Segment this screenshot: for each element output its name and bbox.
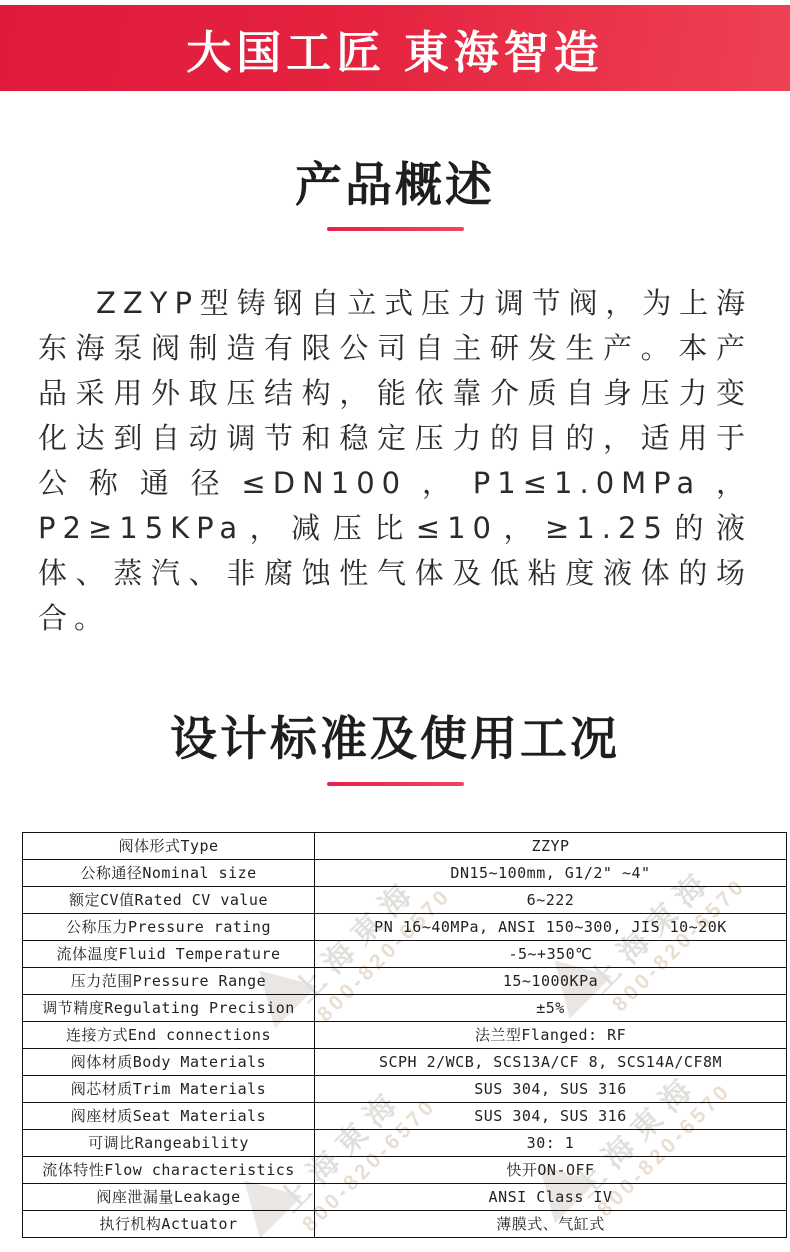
spec-label: 流体特性Flow characteristics [23,1156,315,1183]
section-title-overview: 产品概述 [0,157,790,213]
table-row: 额定CV值Rated CV value6~222 [23,886,787,913]
title-underline-specs [327,782,464,786]
spec-label: 流体温度Fluid Temperature [23,940,315,967]
spec-label: 连接方式End connections [23,1021,315,1048]
table-row: 阀芯材质Trim MaterialsSUS 304, SUS 316 [23,1075,787,1102]
title-underline-overview [327,227,464,231]
spec-label: 阀芯材质Trim Materials [23,1075,315,1102]
overview-section: 产品概述 ZZYP型铸钢自立式压力调节阀，为上海东海泵阀制造有限公司自主研发生产… [0,157,790,641]
product-page: 大国工匠 東海智造 产品概述 ZZYP型铸钢自立式压力调节阀，为上海东海泵阀制造… [0,0,790,1252]
spec-label: 可调比Rangeability [23,1129,315,1156]
table-row: 压力范围Pressure Range15~1000KPa [23,967,787,994]
table-row: 阀座泄漏量LeakageANSI Class IV [23,1183,787,1210]
table-row: 公称通径Nominal sizeDN15~100mm, G1/2" ~4" [23,859,787,886]
table-row: 执行机构Actuator薄膜式、气缸式 [23,1210,787,1237]
spec-value: SCPH 2/WCB, SCS13A/CF 8, SCS14A/CF8M [315,1048,787,1075]
spec-label: 阀座泄漏量Leakage [23,1183,315,1210]
spec-value: ANSI Class IV [315,1183,787,1210]
spec-label: 压力范围Pressure Range [23,967,315,994]
table-row: 阀体形式TypeZZYP [23,832,787,859]
spec-value: SUS 304, SUS 316 [315,1075,787,1102]
table-row: 流体温度Fluid Temperature-5~+350℃ [23,940,787,967]
spec-label: 阀座材质Seat Materials [23,1102,315,1129]
spec-value: 法兰型Flanged: RF [315,1021,787,1048]
spec-label: 公称通径Nominal size [23,859,315,886]
spec-value: ZZYP [315,832,787,859]
spec-table-wrap: 上海東海800-820-6570上海東海800-820-6570上海東海800-… [22,832,768,1238]
spec-label: 阀体材质Body Materials [23,1048,315,1075]
spec-value: 快开ON-OFF [315,1156,787,1183]
table-row: 可调比Rangeability30: 1 [23,1129,787,1156]
spec-value: 15~1000KPa [315,967,787,994]
table-row: 流体特性Flow characteristics快开ON-OFF [23,1156,787,1183]
table-row: 公称压力Pressure ratingPN 16~40MPa, ANSI 150… [23,913,787,940]
table-row: 连接方式End connections法兰型Flanged: RF [23,1021,787,1048]
brand-banner: 大国工匠 東海智造 [0,5,790,91]
spec-label: 额定CV值Rated CV value [23,886,315,913]
spec-label: 调节精度Regulating Precision [23,994,315,1021]
spec-label: 阀体形式Type [23,832,315,859]
spec-value: 薄膜式、气缸式 [315,1210,787,1237]
overview-paragraph: ZZYP型铸钢自立式压力调节阀，为上海东海泵阀制造有限公司自主研发生产。本产品采… [38,281,752,641]
spec-value: ±5% [315,994,787,1021]
spec-value: 6~222 [315,886,787,913]
spec-value: DN15~100mm, G1/2" ~4" [315,859,787,886]
banner-title: 大国工匠 東海智造 [186,16,604,81]
spec-value: 30: 1 [315,1129,787,1156]
table-row: 调节精度Regulating Precision±5% [23,994,787,1021]
section-title-specs: 设计标准及使用工况 [0,711,790,767]
table-row: 阀座材质Seat MaterialsSUS 304, SUS 316 [23,1102,787,1129]
spec-table: 阀体形式TypeZZYP公称通径Nominal sizeDN15~100mm, … [22,832,787,1238]
spec-label: 执行机构Actuator [23,1210,315,1237]
spec-value: -5~+350℃ [315,940,787,967]
specs-section: 设计标准及使用工况 上海東海800-820-6570上海東海800-820-65… [0,711,790,1237]
spec-value: SUS 304, SUS 316 [315,1102,787,1129]
spec-value: PN 16~40MPa, ANSI 150~300, JIS 10~20K [315,913,787,940]
spec-label: 公称压力Pressure rating [23,913,315,940]
table-row: 阀体材质Body MaterialsSCPH 2/WCB, SCS13A/CF … [23,1048,787,1075]
